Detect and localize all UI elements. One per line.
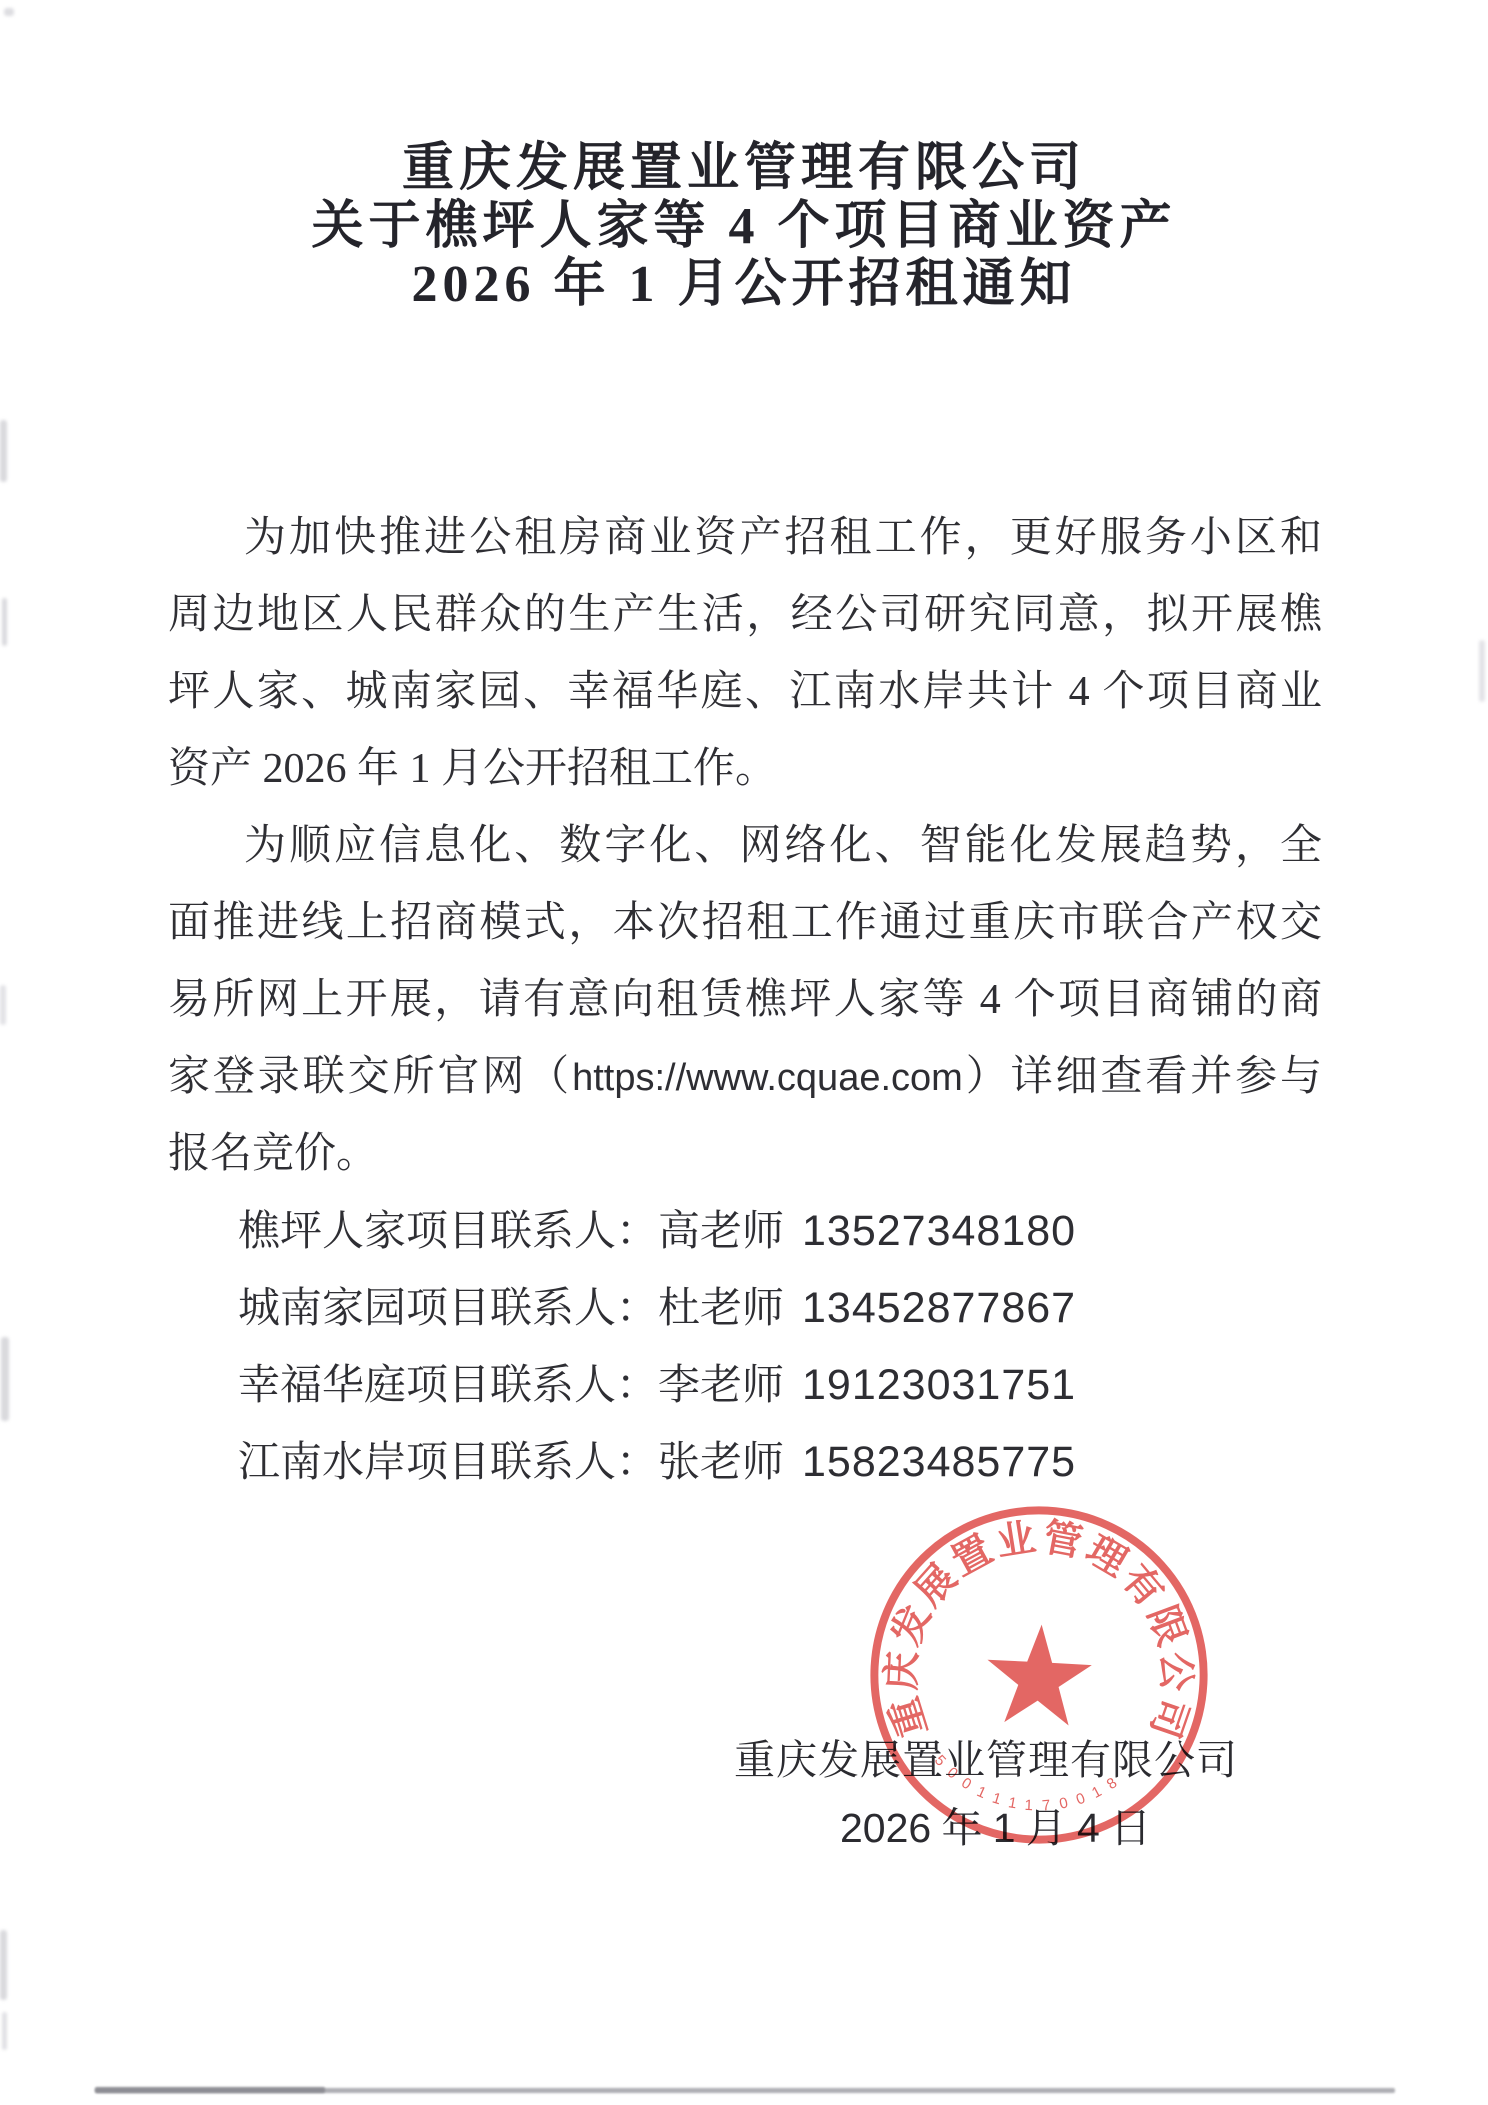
url-suffix-text: ）详细查看并参与 [963,1054,1322,1100]
body-line: 报名竞价。 [168,1116,1322,1193]
body-line: 易所网上开展，请有意向租赁樵坪人家等 4 个项目商铺的商 [168,962,1322,1039]
contact-line: 幸福华庭项目联系人：李老师19123031751 [238,1347,1076,1424]
scan-artifact [1479,640,1485,702]
contact-list: 樵坪人家项目联系人：高老师13527348180 城南家园项目联系人：杜老师13… [238,1193,1076,1501]
company-seal: 重庆发展置业管理有限公司 500111170018 [853,1489,1225,1861]
body-line: 为顺应信息化、数字化、网络化、智能化发展趋势，全 [168,808,1322,885]
contact-phone: 13527348180 [802,1207,1076,1255]
contact-phone: 13452877867 [802,1284,1076,1332]
contact-line: 城南家园项目联系人：杜老师13452877867 [238,1270,1076,1347]
body-line: 坪人家、城南家园、幸福华庭、江南水岸共计 4 个项目商业 [168,654,1322,731]
body-line-with-url: 家登录联交所官网（https://www.cquae.com）详细查看并参与 [168,1039,1322,1116]
scan-artifact [0,420,7,482]
website-url-text: https://www.cquae.com [572,1057,963,1099]
contact-phone: 15823485775 [802,1438,1076,1486]
body-line: 周边地区人民群众的生产生活，经公司研究同意，拟开展樵 [168,577,1322,654]
contact-label: 幸福华庭项目联系人：李老师 [238,1363,784,1409]
seal-registration-number: 500111170018 [929,1751,1130,1819]
title-line-notice: 2026 年 1 月公开招租通知 [168,256,1320,314]
scan-edge-line [95,2087,325,2093]
scan-artifact [2,598,7,646]
body-line: 资产 2026 年 1 月公开招租工作。 [168,731,1322,808]
contact-label: 江南水岸项目联系人：张老师 [238,1440,784,1486]
body-line: 面推进线上招商模式，本次招租工作通过重庆市联合产权交 [168,885,1322,962]
scan-artifact [0,985,6,1025]
scan-artifact [2,2012,7,2050]
notice-title: 重庆发展置业管理有限公司 关于樵坪人家等 4 个项目商业资产 2026 年 1 … [168,140,1320,314]
scan-artifact [4,8,14,16]
scan-artifact [1,1337,9,1421]
body-line: 为加快推进公租房商业资产招租工作，更好服务小区和 [168,500,1322,577]
scanned-notice-page: 重庆发展置业管理有限公司 关于樵坪人家等 4 个项目商业资产 2026 年 1 … [0,0,1488,2105]
contact-line: 江南水岸项目联系人：张老师15823485775 [238,1424,1076,1501]
contact-line: 樵坪人家项目联系人：高老师13527348180 [238,1193,1076,1270]
contact-label: 城南家园项目联系人：杜老师 [238,1286,784,1332]
url-prefix-text: 家登录联交所官网（ [168,1054,572,1100]
notice-body: 为加快推进公租房商业资产招租工作，更好服务小区和 周边地区人民群众的生产生活，经… [168,500,1322,1193]
contact-phone: 19123031751 [802,1361,1076,1409]
scan-artifact [0,1930,7,2000]
title-line-company: 重庆发展置业管理有限公司 [168,140,1320,198]
title-line-subject: 关于樵坪人家等 4 个项目商业资产 [168,198,1320,256]
contact-label: 樵坪人家项目联系人：高老师 [238,1209,784,1255]
seal-star-icon [984,1622,1093,1727]
svg-text:500111170018: 500111170018 [929,1751,1130,1819]
